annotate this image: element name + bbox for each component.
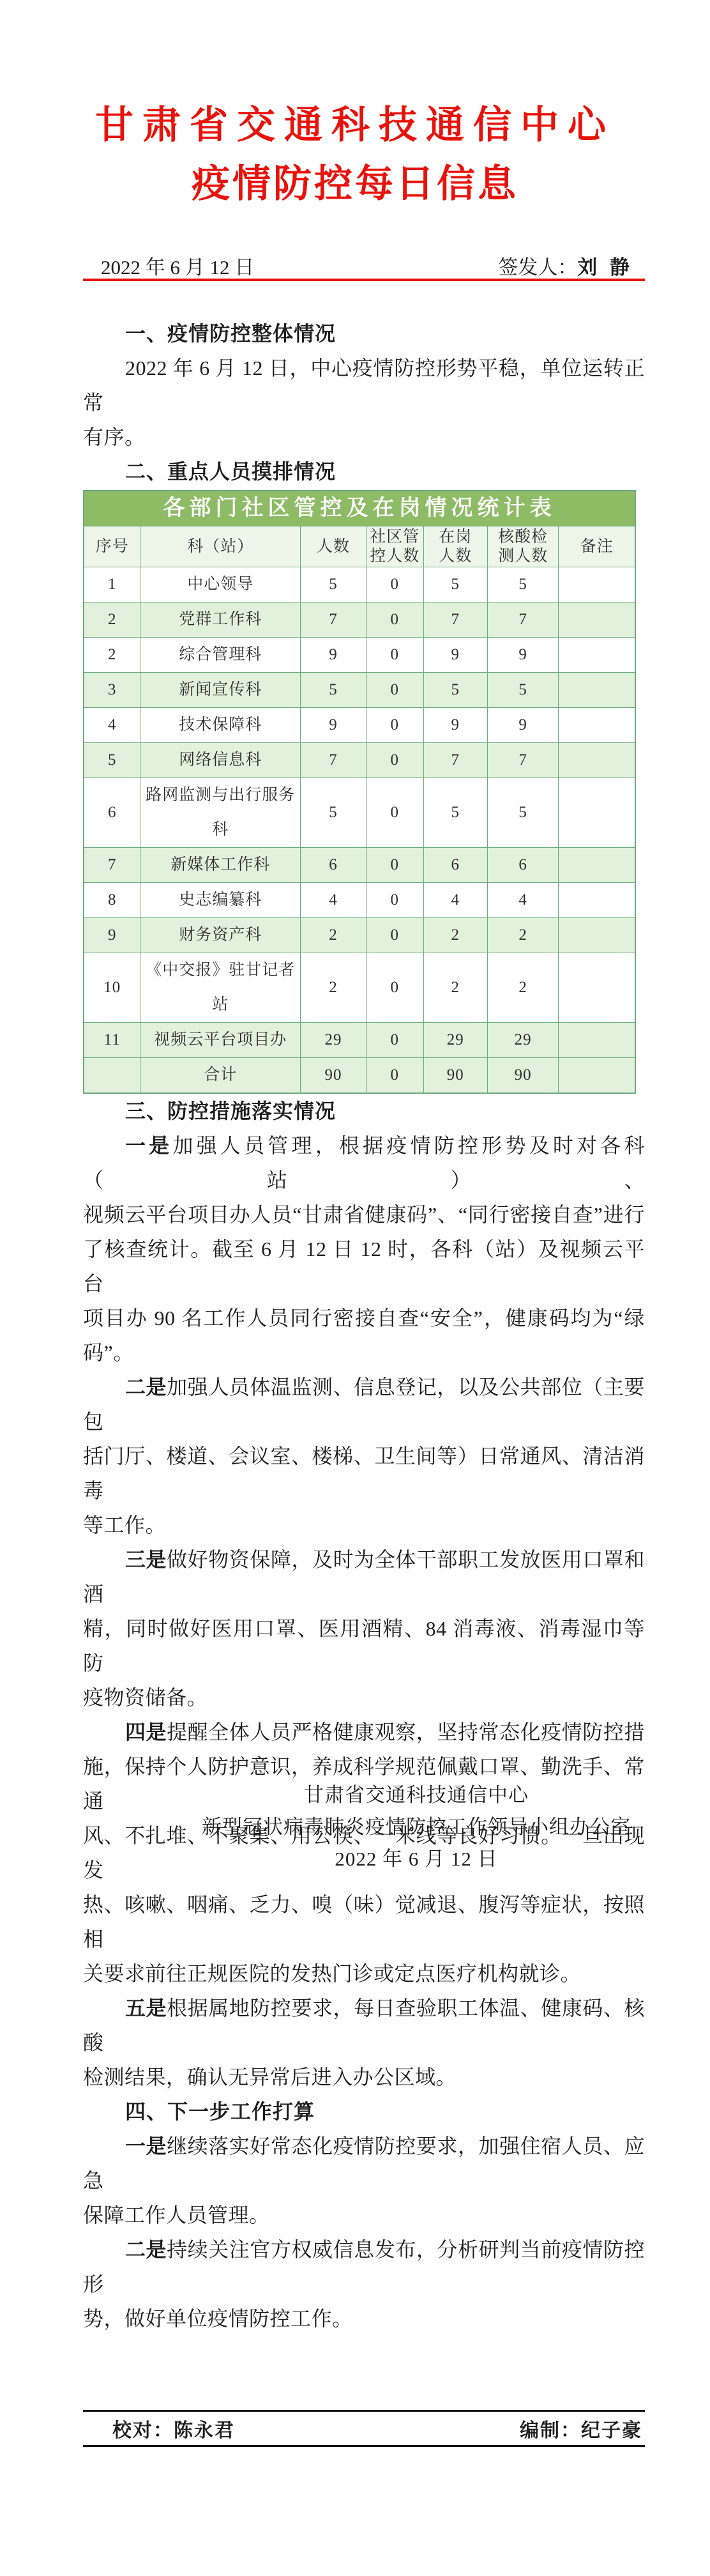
document-title-line1: 甘肃省交通科技通信中心 bbox=[0, 96, 710, 155]
table-cell bbox=[559, 1023, 635, 1058]
table-row: 5网络信息科7077 bbox=[84, 743, 635, 778]
proofreader-name: 陈永君 bbox=[174, 2420, 235, 2441]
table-cell: 0 bbox=[366, 1058, 423, 1094]
table-cell: 5 bbox=[423, 673, 487, 708]
proofreader: 校对：陈永君 bbox=[112, 2414, 235, 2442]
table-cell: 《中交报》驻甘记者站 bbox=[140, 953, 301, 1023]
table-cell bbox=[559, 673, 635, 708]
table-cell: 9 bbox=[84, 918, 140, 953]
table-cell: 1 bbox=[84, 567, 140, 602]
table-row: 4技术保障科9099 bbox=[84, 708, 635, 743]
footer-rule-bottom bbox=[83, 2445, 645, 2447]
table-cell: 视频云平台项目办 bbox=[140, 1023, 301, 1058]
table-cell: 5 bbox=[301, 778, 366, 848]
table-row: 1中心领导5055 bbox=[84, 567, 635, 602]
table-cell: 财务资产科 bbox=[140, 918, 301, 953]
table-cell: 4 bbox=[423, 883, 487, 918]
table-cell: 6 bbox=[301, 848, 366, 883]
table-cell: 技术保障科 bbox=[140, 708, 301, 743]
table-row: 合计9009090 bbox=[84, 1058, 635, 1094]
table-cell bbox=[559, 602, 635, 638]
table-cell: 90 bbox=[423, 1058, 487, 1094]
paragraph-line: 一是加强人员管理，根据疫情防控形势及时对各科（站）、 bbox=[83, 1128, 645, 1197]
issuer-label: 签发人： bbox=[498, 256, 577, 279]
table-cell: 0 bbox=[366, 1023, 423, 1058]
table-cell: 6 bbox=[487, 848, 558, 883]
signature-block: 甘肃省交通科技通信中心 新型冠状病毒肺炎疫情防控工作领导小组办公室 2022 年… bbox=[123, 1779, 710, 1875]
table-cell bbox=[559, 743, 635, 778]
paragraph-line: 码”。 bbox=[83, 1335, 645, 1370]
table-cell: 9 bbox=[423, 708, 487, 743]
signature-org-line1: 甘肃省交通科技通信中心 bbox=[123, 1779, 710, 1811]
table-cell: 2 bbox=[423, 918, 487, 953]
table-cell: 4 bbox=[487, 883, 558, 918]
table-cell: 29 bbox=[301, 1023, 366, 1058]
table-header-cell: 备注 bbox=[559, 526, 635, 567]
paragraph-line: 括门厅、楼道、会议室、楼梯、卫生间等）日常通风、清洁消毒 bbox=[83, 1439, 645, 1508]
paragraph-line: 三是做好物资保障，及时为全体干部职工发放医用口罩和酒 bbox=[83, 1542, 645, 1611]
table-cell: 0 bbox=[366, 602, 423, 638]
table-cell: 5 bbox=[301, 567, 366, 602]
red-divider-line bbox=[83, 279, 645, 281]
table-cell: 29 bbox=[423, 1023, 487, 1058]
table-cell: 5 bbox=[301, 673, 366, 708]
table-cell bbox=[559, 567, 635, 602]
table-cell: 0 bbox=[366, 918, 423, 953]
table-cell bbox=[559, 883, 635, 918]
table-cell: 10 bbox=[84, 953, 140, 1023]
document-title-line2: 疫情防控每日信息 bbox=[0, 155, 710, 213]
table-title: 各部门社区管控及在岗情况统计表 bbox=[84, 491, 635, 526]
table-cell: 5 bbox=[487, 673, 558, 708]
table-cell bbox=[559, 638, 635, 673]
paragraph-line: 关要求前往正规医院的发热门诊或定点医疗机构就诊。 bbox=[83, 1956, 645, 1991]
section-heading: 二、重点人员摸排情况 bbox=[83, 454, 645, 489]
table-cell: 0 bbox=[366, 743, 423, 778]
editor-label: 编制： bbox=[520, 2420, 581, 2441]
table-cell: 2 bbox=[487, 953, 558, 1023]
paragraph-line: 项目办 90 名工作人员同行密接自查“安全”，健康码均为“绿 bbox=[83, 1301, 645, 1335]
table-cell: 7 bbox=[84, 848, 140, 883]
table-row: 10《中交报》驻甘记者站2022 bbox=[84, 953, 635, 1023]
paragraph-line: 五是根据属地防控要求，每日查验职工体温、健康码、核酸 bbox=[83, 1991, 645, 2060]
section-heading: 一、疫情防控整体情况 bbox=[83, 316, 645, 351]
document-title: 甘肃省交通科技通信中心 疫情防控每日信息 bbox=[0, 96, 710, 213]
table-cell: 9 bbox=[301, 708, 366, 743]
table-cell: 5 bbox=[423, 778, 487, 848]
table-cell: 7 bbox=[301, 602, 366, 638]
table-row: 2综合管理科9099 bbox=[84, 638, 635, 673]
issuer: 签发人：刘 静 bbox=[498, 251, 633, 280]
table-cell: 2 bbox=[423, 953, 487, 1023]
table-cell: 11 bbox=[84, 1023, 140, 1058]
table-cell bbox=[559, 708, 635, 743]
table-cell: 2 bbox=[84, 638, 140, 673]
table-cell: 2 bbox=[301, 953, 366, 1023]
document-body: 一、疫情防控整体情况2022 年 6 月 12 日，中心疫情防控形势平稳，单位运… bbox=[83, 316, 645, 2336]
table-cell: 中心领导 bbox=[140, 567, 301, 602]
table-cell: 2 bbox=[301, 918, 366, 953]
table-cell: 9 bbox=[423, 638, 487, 673]
table-row: 11视频云平台项目办2902929 bbox=[84, 1023, 635, 1058]
paragraph-line: 检测结果，确认无异常后进入办公区域。 bbox=[83, 2060, 645, 2094]
table-cell: 党群工作科 bbox=[140, 602, 301, 638]
table-cell: 0 bbox=[366, 848, 423, 883]
table-cell: 7 bbox=[423, 602, 487, 638]
table-cell bbox=[84, 1058, 140, 1094]
paragraph-line: 保障工作人员管理。 bbox=[83, 2198, 645, 2232]
table-cell: 5 bbox=[423, 567, 487, 602]
table-cell: 0 bbox=[366, 953, 423, 1023]
table-cell: 4 bbox=[301, 883, 366, 918]
table-cell: 0 bbox=[366, 638, 423, 673]
proofreader-label: 校对： bbox=[112, 2420, 174, 2441]
table-cell: 9 bbox=[301, 638, 366, 673]
table-cell bbox=[559, 918, 635, 953]
date-issuer-row: 2022 年 6 月 12 日 签发人：刘 静 bbox=[83, 250, 645, 280]
table-cell: 7 bbox=[487, 743, 558, 778]
issuer-name: 刘 静 bbox=[577, 256, 633, 279]
table-cell: 2 bbox=[84, 602, 140, 638]
table-header-cell: 社区管 控人数 bbox=[366, 526, 423, 567]
table-cell: 0 bbox=[366, 708, 423, 743]
paragraph-line: 热、咳嗽、咽痛、乏力、嗅（味）觉减退、腹泻等症状，按照相 bbox=[83, 1887, 645, 1956]
section-heading: 三、防控措施落实情况 bbox=[83, 1094, 645, 1128]
table-cell bbox=[559, 848, 635, 883]
table-header-cell: 序号 bbox=[84, 526, 140, 567]
table-cell: 网络信息科 bbox=[140, 743, 301, 778]
table-cell: 6 bbox=[84, 778, 140, 848]
table-row: 8史志编纂科4044 bbox=[84, 883, 635, 918]
document-date: 2022 年 6 月 12 日 bbox=[101, 251, 254, 280]
paragraph-line: 一是继续落实好常态化疫情防控要求，加强住宿人员、应急 bbox=[83, 2129, 645, 2198]
paragraph-line: 等工作。 bbox=[83, 1508, 645, 1542]
table-cell: 9 bbox=[487, 638, 558, 673]
table-header-cell: 科（站） bbox=[140, 526, 301, 567]
table-row: 9财务资产科2022 bbox=[84, 918, 635, 953]
signature-date: 2022 年 6 月 12 日 bbox=[123, 1843, 710, 1875]
table-cell: 29 bbox=[487, 1023, 558, 1058]
table-cell: 合计 bbox=[140, 1058, 301, 1094]
table-cell: 5 bbox=[487, 567, 558, 602]
paragraph-line: 二是持续关注官方权威信息发布，分析研判当前疫情防控形 bbox=[83, 2232, 645, 2301]
table-cell bbox=[559, 953, 635, 1023]
table-cell: 0 bbox=[366, 778, 423, 848]
table-cell: 90 bbox=[301, 1058, 366, 1094]
table-cell: 路网监测与出行服务科 bbox=[140, 778, 301, 848]
department-status-table: 各部门社区管控及在岗情况统计表序号科（站）人数社区管 控人数在岗 人数核酸检 测… bbox=[83, 490, 636, 1094]
table-cell: 0 bbox=[366, 883, 423, 918]
table-cell bbox=[559, 1058, 635, 1094]
table-header-cell: 在岗 人数 bbox=[423, 526, 487, 567]
table-cell: 7 bbox=[301, 743, 366, 778]
table-cell: 2 bbox=[487, 918, 558, 953]
table-cell bbox=[559, 778, 635, 848]
section-heading: 四、下一步工作打算 bbox=[83, 2094, 645, 2129]
table-title-row: 各部门社区管控及在岗情况统计表 bbox=[84, 491, 635, 526]
table-cell: 3 bbox=[84, 673, 140, 708]
footer-rule-top bbox=[83, 2410, 645, 2412]
table-cell: 7 bbox=[487, 602, 558, 638]
table-cell: 新媒体工作科 bbox=[140, 848, 301, 883]
table-header-row: 序号科（站）人数社区管 控人数在岗 人数核酸检 测人数备注 bbox=[84, 526, 635, 567]
document-page: 甘肃省交通科技通信中心 疫情防控每日信息 2022 年 6 月 12 日 签发人… bbox=[0, 0, 710, 2576]
table-cell: 9 bbox=[487, 708, 558, 743]
signature-org-line2: 新型冠状病毒肺炎疫情防控工作领导小组办公室 bbox=[123, 1811, 710, 1843]
table-row: 2党群工作科7077 bbox=[84, 602, 635, 638]
table-cell: 0 bbox=[366, 673, 423, 708]
table-row: 3新闻宣传科5055 bbox=[84, 673, 635, 708]
table-cell: 新闻宣传科 bbox=[140, 673, 301, 708]
table-cell: 5 bbox=[487, 778, 558, 848]
table-header-cell: 核酸检 测人数 bbox=[487, 526, 558, 567]
table-row: 6路网监测与出行服务科5055 bbox=[84, 778, 635, 848]
editor: 编制：纪子豪 bbox=[520, 2414, 642, 2442]
paragraph-line: 了核查统计。截至 6 月 12 日 12 时，各科（站）及视频云平台 bbox=[83, 1232, 645, 1301]
paragraph-line: 疫物资储备。 bbox=[83, 1680, 645, 1715]
table-cell: 90 bbox=[487, 1058, 558, 1094]
table-cell: 4 bbox=[84, 708, 140, 743]
table-row: 7新媒体工作科6066 bbox=[84, 848, 635, 883]
paragraph-line: 视频云平台项目办人员“甘肃省健康码”、“同行密接自查”进行 bbox=[83, 1197, 645, 1232]
paragraph-line: 四是提醒全体人员严格健康观察，坚持常态化疫情防控措 bbox=[83, 1715, 645, 1749]
table-cell: 5 bbox=[84, 743, 140, 778]
table-cell: 0 bbox=[366, 567, 423, 602]
paragraph-line: 2022 年 6 月 12 日，中心疫情防控形势平稳，单位运转正常 bbox=[83, 351, 645, 420]
editor-name: 纪子豪 bbox=[581, 2420, 642, 2441]
footer-row: 校对：陈永君 编制：纪子豪 bbox=[83, 2412, 645, 2444]
table-cell: 史志编纂科 bbox=[140, 883, 301, 918]
table-header-cell: 人数 bbox=[301, 526, 366, 567]
paragraph-line: 二是加强人员体温监测、信息登记，以及公共部位（主要包 bbox=[83, 1370, 645, 1439]
paragraph-line: 精，同时做好医用口罩、医用酒精、84 消毒液、消毒湿巾等防 bbox=[83, 1611, 645, 1680]
table-cell: 7 bbox=[423, 743, 487, 778]
table-cell: 8 bbox=[84, 883, 140, 918]
table-cell: 综合管理科 bbox=[140, 638, 301, 673]
table-cell: 6 bbox=[423, 848, 487, 883]
paragraph-line: 势，做好单位疫情防控工作。 bbox=[83, 2301, 645, 2336]
paragraph-line: 有序。 bbox=[83, 420, 645, 454]
